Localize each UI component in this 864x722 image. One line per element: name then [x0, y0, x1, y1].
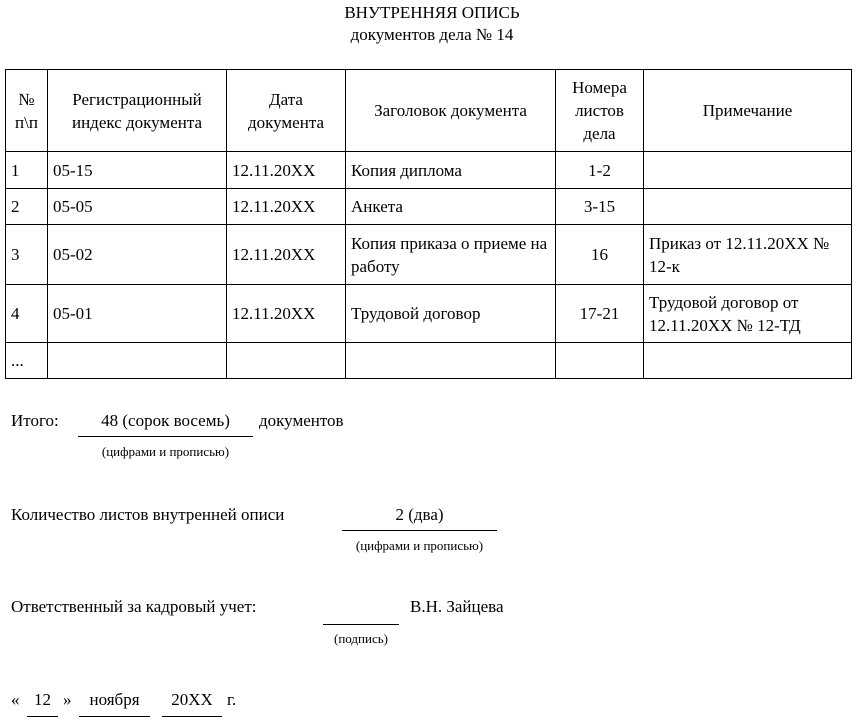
signature-line — [323, 624, 399, 625]
cell-title: Анкета — [346, 189, 556, 225]
date-close-quote: » — [63, 690, 72, 710]
date-suffix: г. — [227, 690, 236, 710]
cell-note — [644, 343, 852, 379]
cell-note — [644, 189, 852, 225]
cell-title: Копия диплома — [346, 152, 556, 189]
cell-num: ... — [6, 343, 48, 379]
date-month-underline — [79, 716, 150, 717]
cell-sheets — [556, 343, 644, 379]
cell-sheets: 17-21 — [556, 285, 644, 343]
cell-num: 3 — [6, 225, 48, 285]
cell-index — [48, 343, 227, 379]
cell-note: Трудовой договор от 12.11.20XX № 12-ТД — [644, 285, 852, 343]
responsible-label: Ответственный за кадровый учет: — [11, 597, 256, 617]
total-hint: (цифрами и прописью) — [78, 444, 253, 460]
date-day: 12 — [27, 690, 58, 710]
cell-index: 05-01 — [48, 285, 227, 343]
table-row: 1 05-15 12.11.20XX Копия диплома 1-2 — [6, 152, 852, 189]
cell-date: 12.11.20XX — [227, 152, 346, 189]
cell-index: 05-02 — [48, 225, 227, 285]
cell-date: 12.11.20XX — [227, 189, 346, 225]
header-title: Заголовок документа — [346, 70, 556, 152]
table-header-row: № п\п Регистрационный индекс документа Д… — [6, 70, 852, 152]
cell-index: 05-15 — [48, 152, 227, 189]
cell-sheets: 16 — [556, 225, 644, 285]
inventory-table: № п\п Регистрационный индекс документа Д… — [5, 69, 852, 379]
header-num: № п\п — [6, 70, 48, 152]
date-day-underline — [27, 716, 58, 717]
cell-sheets: 3-15 — [556, 189, 644, 225]
cell-note — [644, 152, 852, 189]
header-note: Примечание — [644, 70, 852, 152]
date-year: 20XX — [162, 690, 222, 710]
cell-sheets: 1-2 — [556, 152, 644, 189]
table-row: 4 05-01 12.11.20XX Трудовой договор 17-2… — [6, 285, 852, 343]
cell-index: 05-05 — [48, 189, 227, 225]
header-sheets: Номера листов дела — [556, 70, 644, 152]
cell-num: 1 — [6, 152, 48, 189]
sheets-count-label: Количество листов внутренней описи — [11, 505, 284, 525]
table-row: ... — [6, 343, 852, 379]
cell-date: 12.11.20XX — [227, 225, 346, 285]
cell-date — [227, 343, 346, 379]
date-year-underline — [162, 716, 222, 717]
document-title: ВНУТРЕННЯЯ ОПИСЬ — [0, 3, 864, 23]
date-month: ноября — [79, 690, 150, 710]
total-underline — [78, 436, 253, 437]
table-row: 2 05-05 12.11.20XX Анкета 3-15 — [6, 189, 852, 225]
date-open-quote: « — [11, 690, 20, 710]
cell-title: Копия приказа о приеме на работу — [346, 225, 556, 285]
cell-title: Трудовой договор — [346, 285, 556, 343]
total-value: 48 (сорок восемь) — [78, 411, 253, 431]
cell-note: Приказ от 12.11.20XX № 12-к — [644, 225, 852, 285]
sheets-count-hint: (цифрами и прописью) — [342, 538, 497, 554]
cell-title — [346, 343, 556, 379]
document-subtitle: документов дела № 14 — [0, 25, 864, 45]
responsible-name: В.Н. Зайцева — [410, 597, 504, 617]
sheets-count-underline — [342, 530, 497, 531]
total-label: Итого: — [11, 411, 59, 431]
sheets-count-value: 2 (два) — [342, 505, 497, 525]
header-date: Дата документа — [227, 70, 346, 152]
signature-hint: (подпись) — [323, 631, 399, 647]
total-suffix: документов — [259, 411, 344, 431]
header-index: Регистрационный индекс документа — [48, 70, 227, 152]
table-row: 3 05-02 12.11.20XX Копия приказа о прием… — [6, 225, 852, 285]
cell-date: 12.11.20XX — [227, 285, 346, 343]
cell-num: 4 — [6, 285, 48, 343]
cell-num: 2 — [6, 189, 48, 225]
